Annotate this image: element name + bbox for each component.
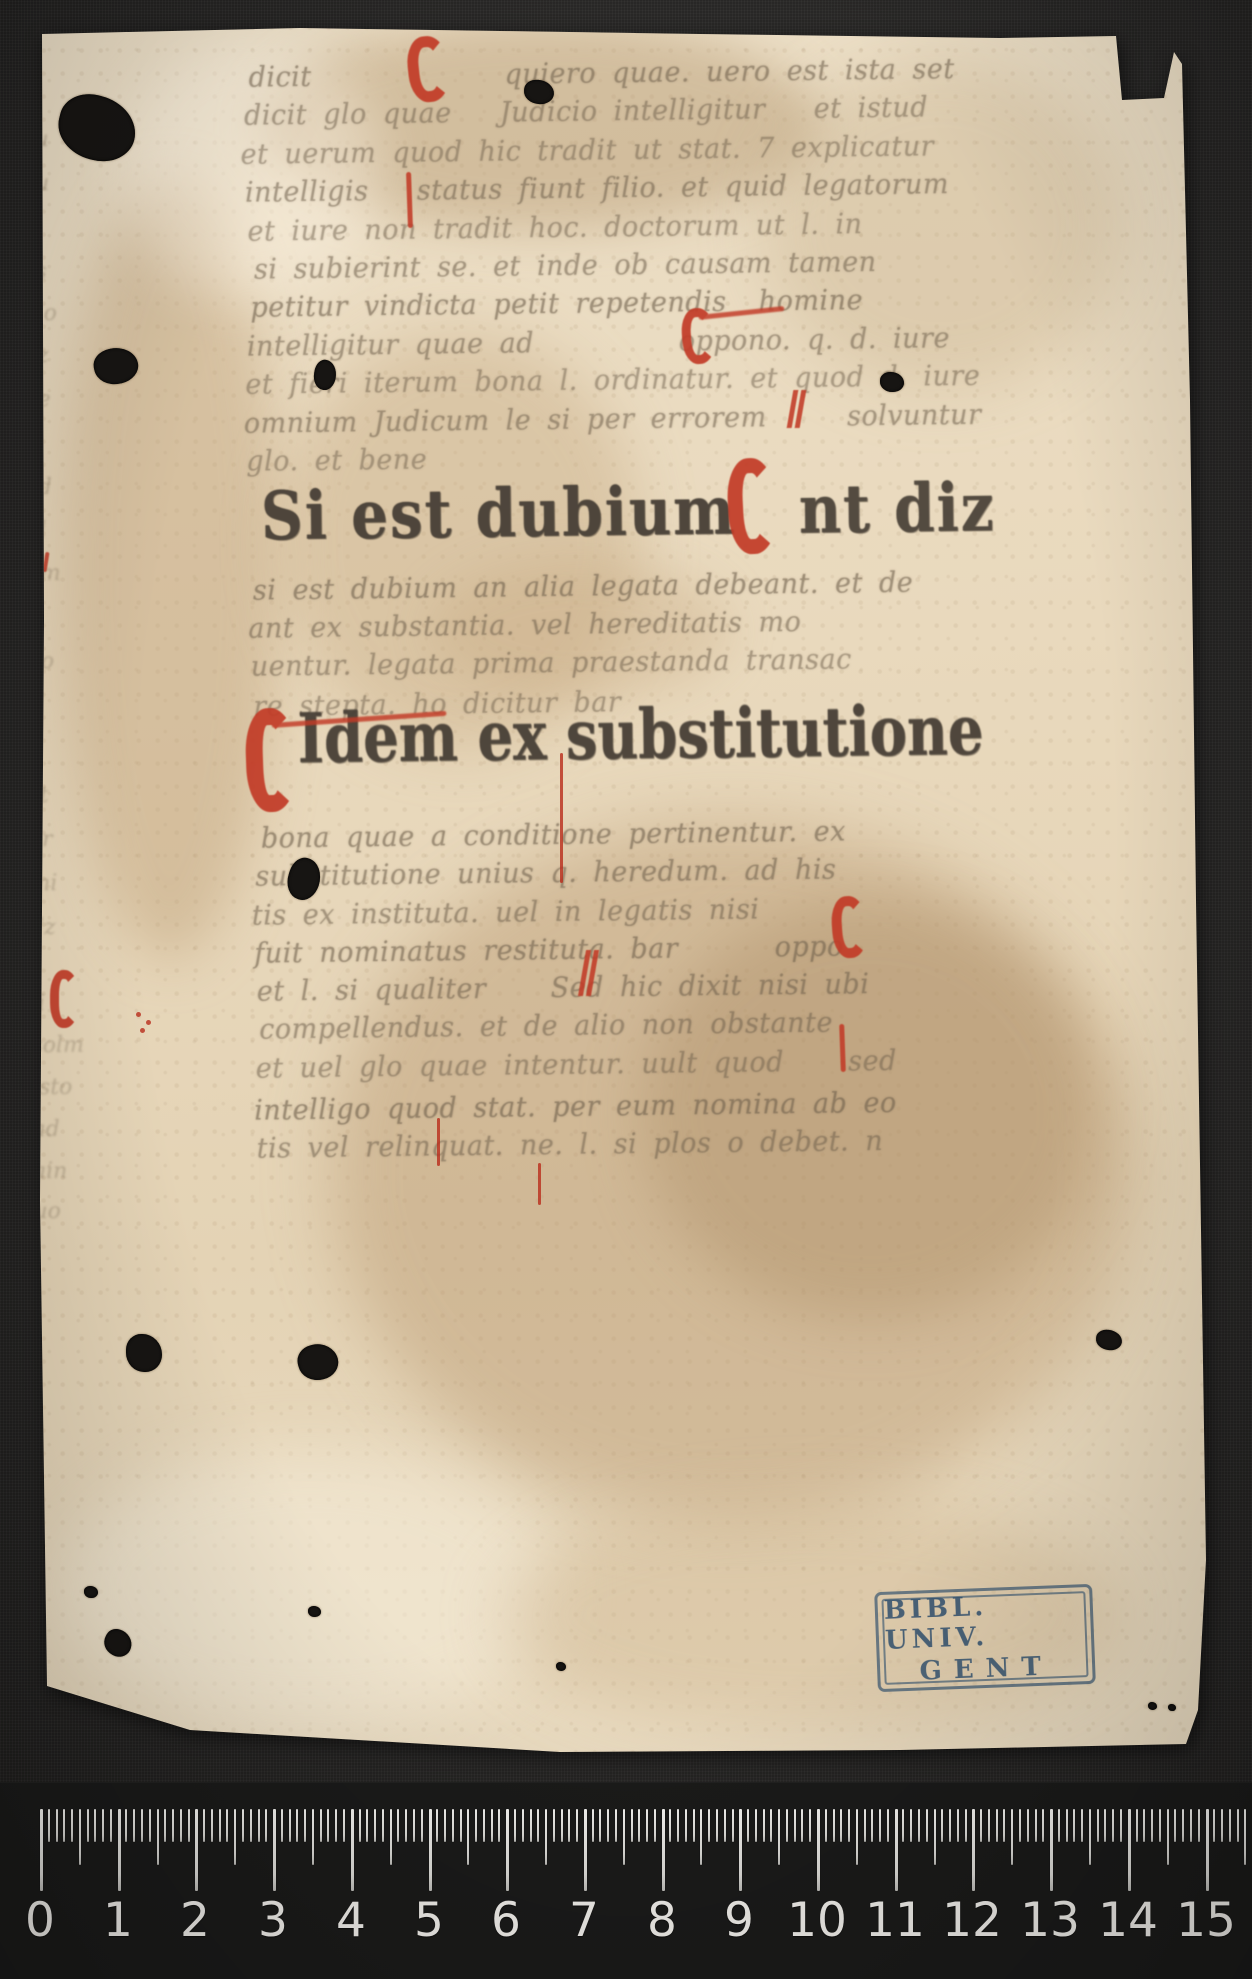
ruler-tick xyxy=(662,1809,665,1891)
manuscript-page: etqupuloosglodzneisaduldmsiuolibstarmidz… xyxy=(0,0,1252,1770)
ruler-tick xyxy=(452,1809,454,1842)
ruler-tick xyxy=(296,1809,298,1842)
ruler-tick xyxy=(258,1809,260,1842)
ruler-tick xyxy=(460,1809,462,1842)
ruler-tick xyxy=(343,1809,345,1842)
ruler-tick xyxy=(289,1809,291,1842)
ruler-tick xyxy=(902,1809,904,1842)
stamp-text-line1: BIBL. UNIV. xyxy=(883,1588,1085,1656)
ruler-tick xyxy=(94,1809,96,1842)
ruler-tick xyxy=(840,1809,842,1842)
ruler-tick xyxy=(895,1809,898,1891)
ruler-tick xyxy=(1190,1809,1192,1842)
ruler-tick xyxy=(1003,1809,1005,1842)
ruler-tick xyxy=(429,1809,432,1891)
ruler-tick xyxy=(561,1809,563,1842)
ruler-tick xyxy=(848,1809,850,1842)
ruler-tick xyxy=(770,1809,772,1842)
wormholes-layer xyxy=(0,0,1252,1770)
ruler-tick xyxy=(1221,1809,1223,1842)
ruler-tick xyxy=(864,1809,866,1842)
wormhole xyxy=(1168,1704,1176,1711)
ruler-tick xyxy=(374,1809,376,1842)
ruler-tick xyxy=(809,1809,811,1842)
ruler-tick xyxy=(1112,1809,1114,1842)
ruler-tick xyxy=(801,1809,803,1842)
ruler-tick xyxy=(669,1809,671,1842)
wormhole xyxy=(51,88,142,169)
ruler-tick xyxy=(592,1809,594,1842)
ruler-tick xyxy=(390,1809,392,1865)
ruler-tick xyxy=(732,1809,734,1842)
ruler-tick xyxy=(226,1809,228,1842)
wormhole xyxy=(100,1625,137,1661)
ruler-tick xyxy=(576,1809,578,1842)
ruler-tick xyxy=(553,1809,555,1842)
ruler-tick xyxy=(1089,1809,1091,1865)
ruler-tick xyxy=(312,1809,314,1865)
ruler-tick xyxy=(530,1809,532,1842)
ruler-tick xyxy=(584,1809,587,1891)
ruler-tick xyxy=(654,1809,656,1842)
stamp-text-line2: GENT xyxy=(919,1651,1053,1686)
ruler-tick xyxy=(879,1809,881,1842)
ruler-tick xyxy=(359,1809,361,1842)
ruler-tick xyxy=(110,1809,112,1842)
ruler-tick xyxy=(79,1809,81,1865)
ruler-tick xyxy=(87,1809,89,1842)
ruler-tick xyxy=(856,1809,858,1865)
ruler-tick xyxy=(172,1809,174,1842)
ruler-tick xyxy=(1174,1809,1176,1842)
ruler-tick xyxy=(1159,1809,1161,1842)
ruler-tick xyxy=(1237,1809,1239,1842)
wormhole xyxy=(1148,1702,1157,1710)
wormhole xyxy=(91,344,142,388)
ruler-tick xyxy=(188,1809,190,1842)
ruler-tick xyxy=(786,1809,788,1842)
ruler-tick xyxy=(522,1809,524,1842)
ruler-tick xyxy=(491,1809,493,1842)
ruler-tick xyxy=(133,1809,135,1842)
ruler-tick xyxy=(149,1809,151,1842)
ruler-tick xyxy=(980,1809,982,1842)
margin-gloss-line: et xyxy=(20,83,42,108)
ruler-tick xyxy=(972,1809,975,1891)
ruler-tick xyxy=(195,1809,198,1891)
ruler-tick xyxy=(327,1809,329,1842)
stamp-border: BIBL. UNIV. GENT xyxy=(881,1591,1088,1685)
ruler-tick xyxy=(537,1809,539,1842)
ruler-tick xyxy=(1042,1809,1044,1842)
ruler-tick xyxy=(250,1809,252,1842)
ruler-tick xyxy=(833,1809,835,1842)
ruler-tick xyxy=(716,1809,718,1842)
ruler-tick xyxy=(1206,1809,1209,1891)
ruler-tick xyxy=(817,1809,820,1891)
ruler-tick xyxy=(1019,1809,1021,1842)
ruler-tick xyxy=(825,1809,827,1842)
ruler-tick xyxy=(988,1809,990,1842)
ruler-tick xyxy=(965,1809,967,1842)
ruler-tick xyxy=(125,1809,127,1842)
ruler-tick xyxy=(685,1809,687,1842)
ruler-tick xyxy=(483,1809,485,1842)
ruler-tick xyxy=(607,1809,609,1842)
wormhole xyxy=(294,1340,342,1385)
photo-stage: etqupuloosglodzneisaduldmsiuolibstarmidz… xyxy=(0,0,1252,1979)
ruler-tick xyxy=(514,1809,516,1842)
ruler-tick xyxy=(623,1809,625,1865)
margin-gloss-line: is xyxy=(24,431,43,456)
ruler-tick xyxy=(1035,1809,1037,1842)
ruler-tick xyxy=(413,1809,415,1842)
ruler: 0123456789101112131415 xyxy=(0,1782,1252,1979)
ruler-tick xyxy=(382,1809,384,1842)
margin-gloss-line: b xyxy=(28,739,42,764)
ruler-tick xyxy=(1104,1809,1106,1842)
ruler-tick xyxy=(1120,1809,1122,1842)
page-wrap: etqupuloosglodzneisaduldmsiuolibstarmidz… xyxy=(0,0,1252,1979)
ruler-tick xyxy=(887,1809,889,1842)
ruler-tick xyxy=(498,1809,500,1842)
wormhole xyxy=(308,1606,321,1617)
ruler-tick xyxy=(708,1809,710,1842)
ruler-tick xyxy=(926,1809,928,1842)
ruler-tick xyxy=(405,1809,407,1842)
ruler-tick xyxy=(1073,1809,1075,1842)
wormhole xyxy=(84,1586,98,1598)
ruler-tick xyxy=(436,1809,438,1842)
wormhole xyxy=(556,1662,566,1671)
wormhole xyxy=(282,854,325,904)
ruler-tick xyxy=(910,1809,912,1842)
margin-gloss-line: ul xyxy=(25,518,47,543)
ruler-tick xyxy=(763,1809,765,1842)
ruler-tick xyxy=(102,1809,104,1842)
ruler-tick xyxy=(351,1809,354,1891)
ruler-tick xyxy=(1027,1809,1029,1842)
ruler-tick xyxy=(871,1809,873,1842)
ruler-tick xyxy=(1244,1809,1246,1865)
ruler-tick xyxy=(545,1809,547,1865)
ruler-tick xyxy=(335,1809,337,1842)
ruler-tick xyxy=(918,1809,920,1842)
ruler-tick xyxy=(1143,1809,1145,1842)
ruler-tick xyxy=(475,1809,477,1842)
ruler-tick xyxy=(234,1809,236,1865)
ruler-tick xyxy=(1182,1809,1184,1842)
ruler-tick xyxy=(747,1809,749,1842)
ruler-tick xyxy=(1213,1809,1215,1842)
ruler-tick xyxy=(941,1809,943,1842)
ruler-tick xyxy=(638,1809,640,1842)
margin-gloss-line: lo xyxy=(21,215,42,240)
ruler-tick xyxy=(949,1809,951,1842)
ruler-tick xyxy=(320,1809,322,1842)
ruler-tick xyxy=(273,1809,276,1891)
ruler-tick xyxy=(71,1809,73,1842)
ruler-tick xyxy=(304,1809,306,1842)
ruler-tick xyxy=(242,1809,244,1842)
ruler-tick xyxy=(1066,1809,1068,1842)
ruler-tick xyxy=(1151,1809,1153,1842)
ruler-tick xyxy=(40,1809,43,1891)
ruler-tick xyxy=(1097,1809,1099,1842)
ruler-tick xyxy=(56,1809,58,1842)
ruler-tick xyxy=(599,1809,601,1842)
ruler-tick xyxy=(444,1809,446,1842)
ruler-tick xyxy=(957,1809,959,1842)
ruler-tick xyxy=(421,1809,423,1842)
ruler-tick xyxy=(48,1809,50,1842)
ruler-tick xyxy=(1229,1809,1231,1842)
ruler-tick xyxy=(996,1809,998,1842)
ruler-tick xyxy=(934,1809,936,1865)
ruler-tick xyxy=(506,1809,509,1891)
ruler-tick xyxy=(265,1809,267,1842)
wormhole xyxy=(1095,1329,1123,1352)
margin-gloss-line: si xyxy=(26,605,45,630)
ruler-tick xyxy=(1128,1809,1131,1891)
ruler-tick xyxy=(755,1809,757,1842)
ruler-tick xyxy=(700,1809,702,1865)
ruler-tick xyxy=(366,1809,368,1842)
ruler-tick xyxy=(141,1809,143,1842)
margin-gloss-line: li xyxy=(27,693,41,718)
ruler-tick xyxy=(63,1809,65,1842)
ruler-tick xyxy=(646,1809,648,1842)
ruler-tick xyxy=(677,1809,679,1842)
ruler-tick xyxy=(118,1809,121,1891)
ruler-tick xyxy=(180,1809,182,1842)
ruler-tick xyxy=(631,1809,633,1842)
ruler-tick xyxy=(203,1809,205,1842)
wormhole xyxy=(126,1334,162,1372)
ruler-tick xyxy=(1167,1809,1169,1865)
wormhole xyxy=(523,79,555,105)
ruler-tick xyxy=(211,1809,213,1842)
ruler-number: 15 xyxy=(1146,1893,1252,1948)
ruler-tick xyxy=(281,1809,283,1842)
ruler-tick xyxy=(615,1809,617,1842)
ruler-tick xyxy=(219,1809,221,1842)
ruler-tick xyxy=(1011,1809,1013,1865)
ruler-tick xyxy=(164,1809,166,1842)
ruler-tick xyxy=(157,1809,159,1865)
wormhole xyxy=(880,372,904,392)
wormhole xyxy=(312,358,339,391)
ruler-tick xyxy=(1198,1809,1200,1842)
ruler-tick xyxy=(467,1809,469,1865)
ruler-tick xyxy=(778,1809,780,1865)
library-stamp: BIBL. UNIV. GENT xyxy=(874,1584,1096,1692)
ruler-tick xyxy=(739,1809,742,1891)
ruler-tick xyxy=(1081,1809,1083,1842)
ruler-tick xyxy=(1050,1809,1053,1891)
ruler-tick xyxy=(693,1809,695,1842)
ruler-tick xyxy=(568,1809,570,1842)
ruler-tick xyxy=(1136,1809,1138,1842)
ruler-tick xyxy=(1058,1809,1060,1842)
ruler-tick xyxy=(794,1809,796,1842)
ruler-tick xyxy=(724,1809,726,1842)
ruler-tick xyxy=(397,1809,399,1842)
